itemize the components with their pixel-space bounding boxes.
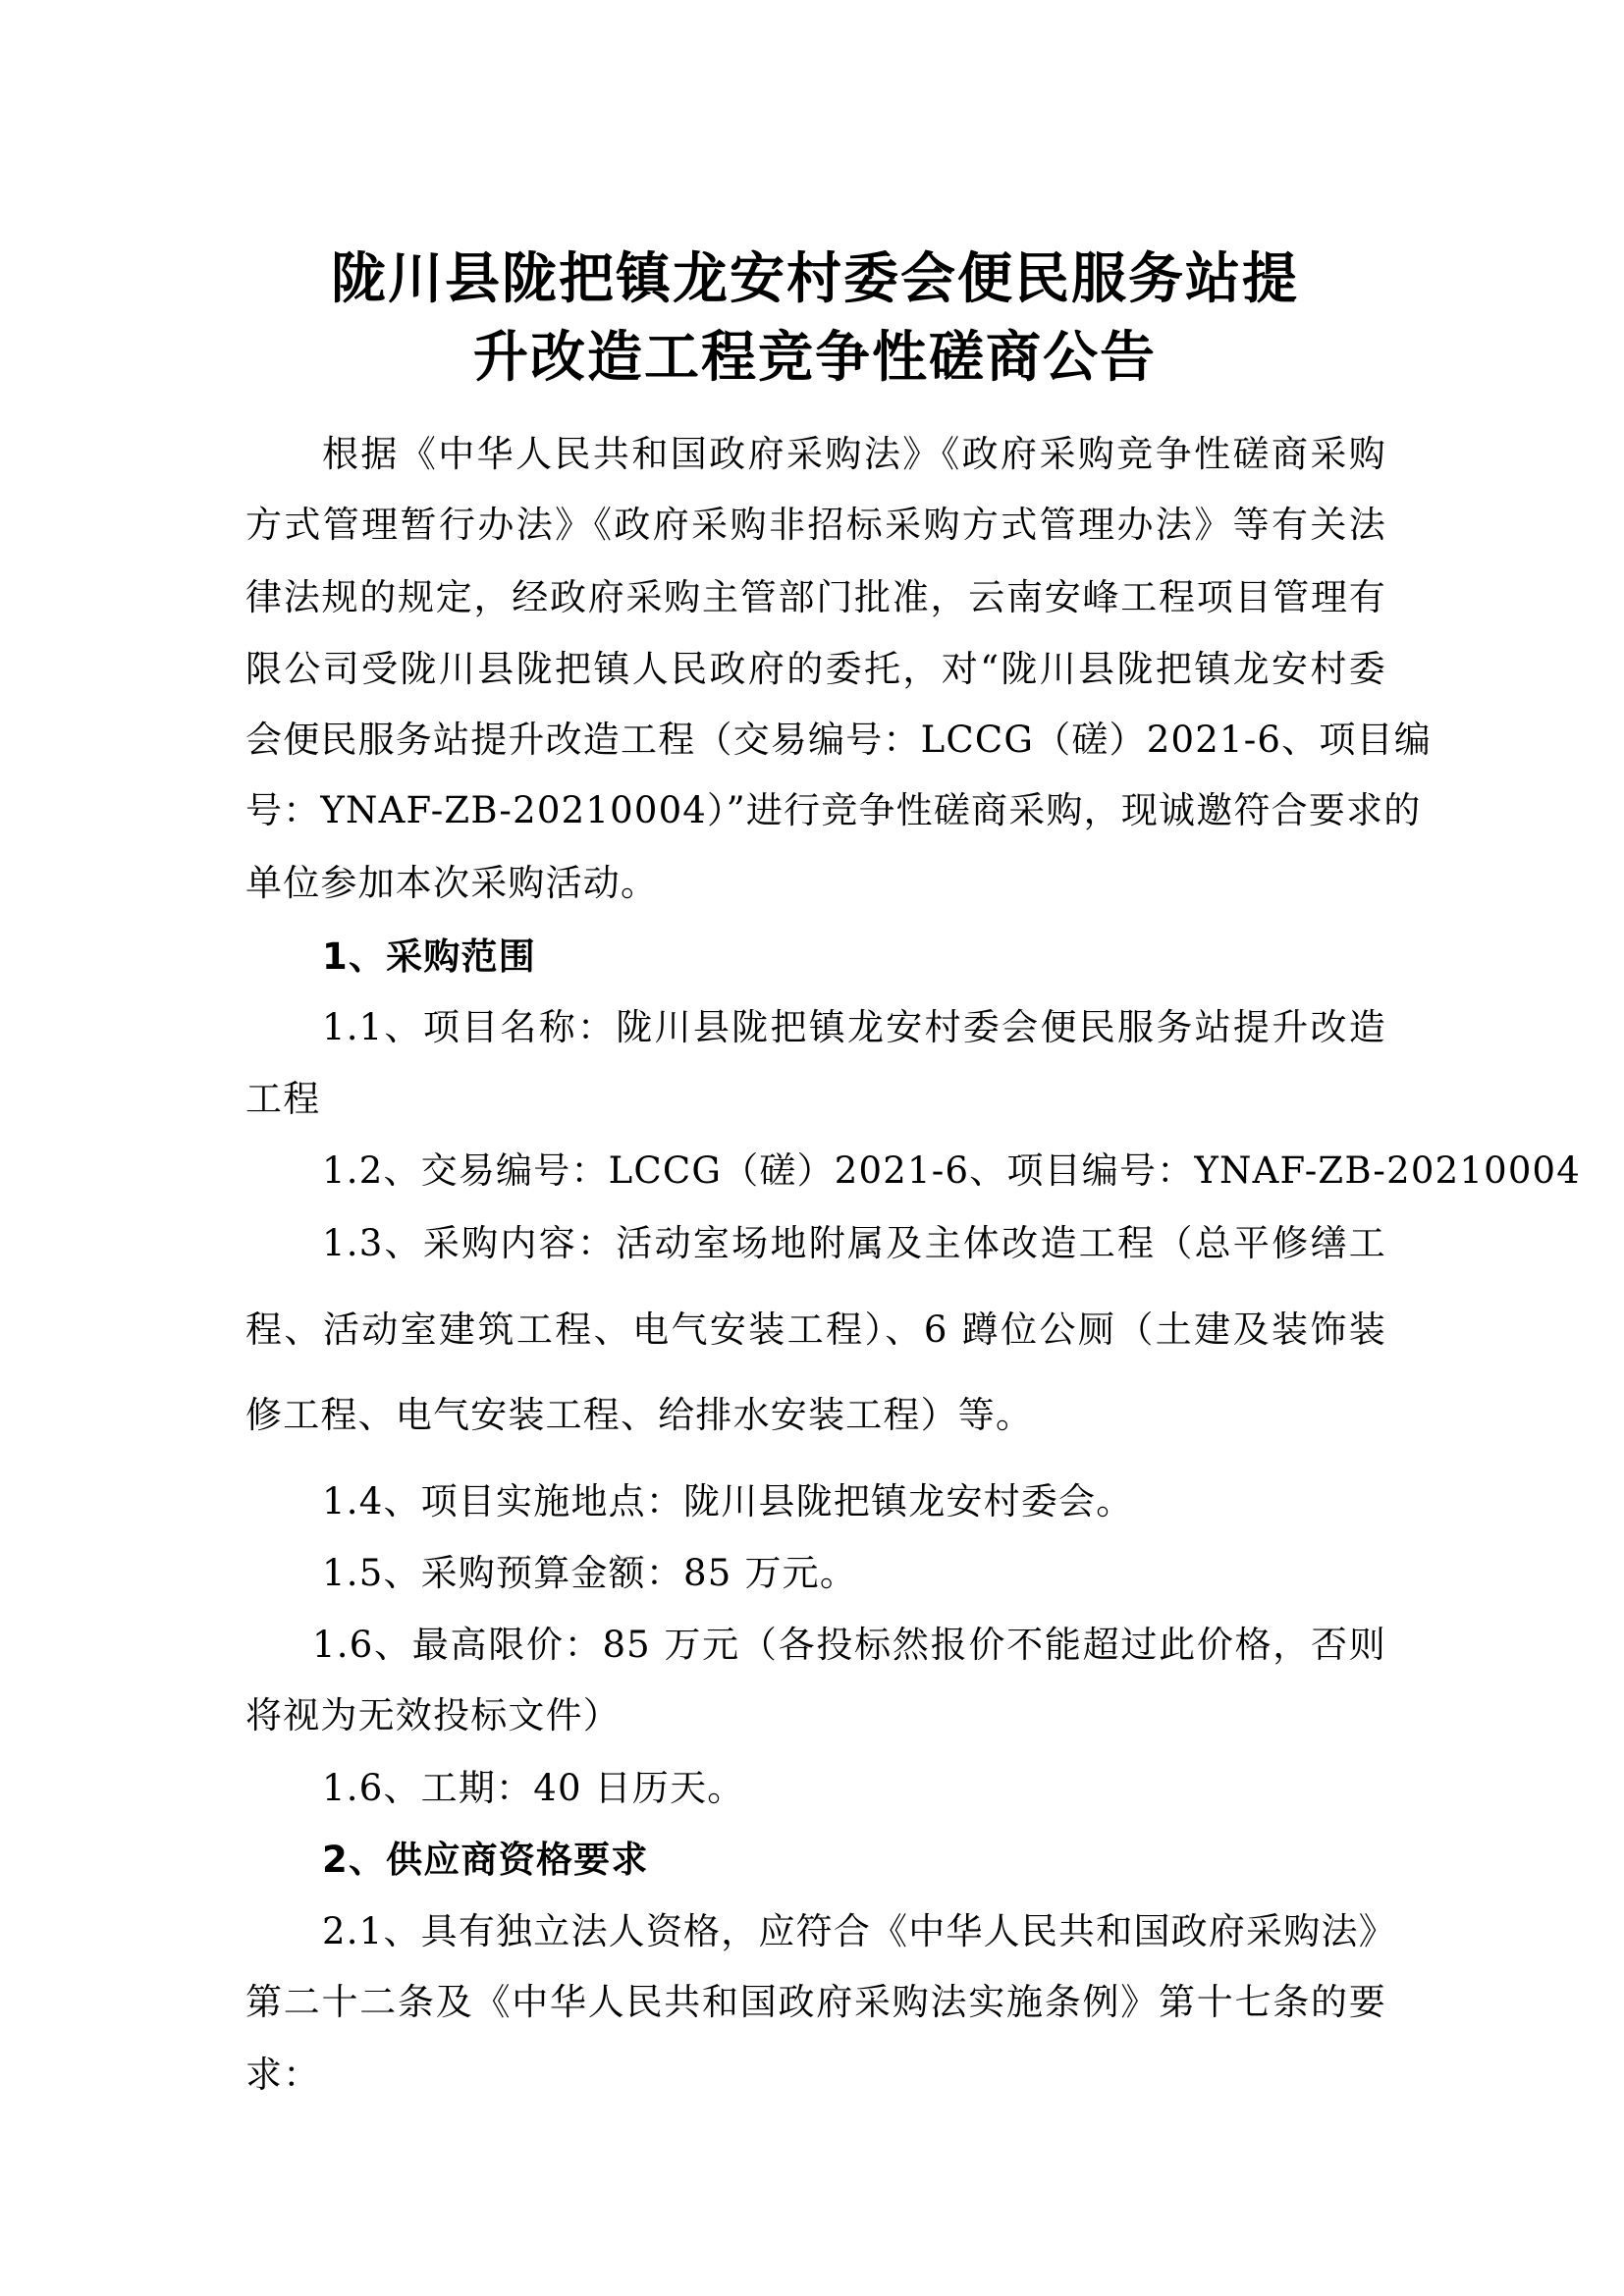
intro-line: 限公司受陇川县陇把镇人民政府的委托，对“陇川县陇把镇龙安村委 <box>245 647 1386 692</box>
max-price-line: 将视为无效投标文件） <box>245 1693 1386 1738</box>
document-title-line-1: 陇川县陇把镇龙安村委会便民服务站提 <box>245 240 1384 319</box>
project-name-line: 工程 <box>245 1077 1386 1122</box>
transaction-number-line: 1.2、交易编号：LCCG（磋）2021-6、项目编号：YNAF-ZB-2021… <box>322 1148 1386 1194</box>
project-location-line: 1.4、项目实施地点：陇川县陇把镇龙安村委会。 <box>322 1479 1386 1524</box>
intro-line: 方式管理暂行办法》《政府采购非招标采购方式管理办法》等有关法 <box>245 503 1386 548</box>
section-heading: 1、采购范围 <box>322 934 1386 980</box>
procurement-content-line: 修工程、电气安装工程、给排水安装工程）等。 <box>245 1393 1386 1438</box>
procurement-content-line: 程、活动室建筑工程、电气安装工程）、6 蹲位公厕（土建及装饰装 <box>245 1308 1386 1353</box>
qualification-line: 求： <box>245 2053 1386 2098</box>
budget-amount-line: 1.5、采购预算金额：85 万元。 <box>322 1551 1386 1596</box>
intro-line: 根据《中华人民共和国政府采购法》《政府采购竞争性磋商采购 <box>322 432 1386 477</box>
intro-line: 会便民服务站提升改造工程（交易编号：LCCG（磋）2021-6、项目编 <box>245 718 1386 763</box>
procurement-content-line: 1.3、采购内容：活动室场地附属及主体改造工程（总平修缮工 <box>322 1221 1386 1266</box>
max-price-line: 1.6、最高限价：85 万元（各投标然报价不能超过此价格，否则 <box>312 1623 1386 1668</box>
qualification-line: 2.1、具有独立法人资格，应符合《中华人民共和国政府采购法》 <box>322 1909 1386 1954</box>
document-title-line-2: 升改造工程竞争性磋商公告 <box>245 319 1384 398</box>
project-name-line: 1.1、项目名称：陇川县陇把镇龙安村委会便民服务站提升改造 <box>322 1005 1386 1050</box>
qualification-line: 第二十二条及《中华人民共和国政府采购法实施条例》第十七条的要 <box>245 1980 1386 2025</box>
section-heading: 2、供应商资格要求 <box>322 1838 1386 1883</box>
intro-line: 单位参加本次采购活动。 <box>245 861 1386 906</box>
intro-line: 律法规的规定，经政府采购主管部门批准，云南安峰工程项目管理有 <box>245 575 1386 620</box>
document-page: 陇川县陇把镇龙安村委会便民服务站提 升改造工程竞争性磋商公告 根据《中华人民共和… <box>0 0 1624 2296</box>
intro-line: 号：YNAF-ZB-20210004）”进行竞争性磋商采购，现诚邀符合要求的 <box>245 788 1386 833</box>
duration-line: 1.6、工期：40 日历天。 <box>322 1766 1386 1811</box>
